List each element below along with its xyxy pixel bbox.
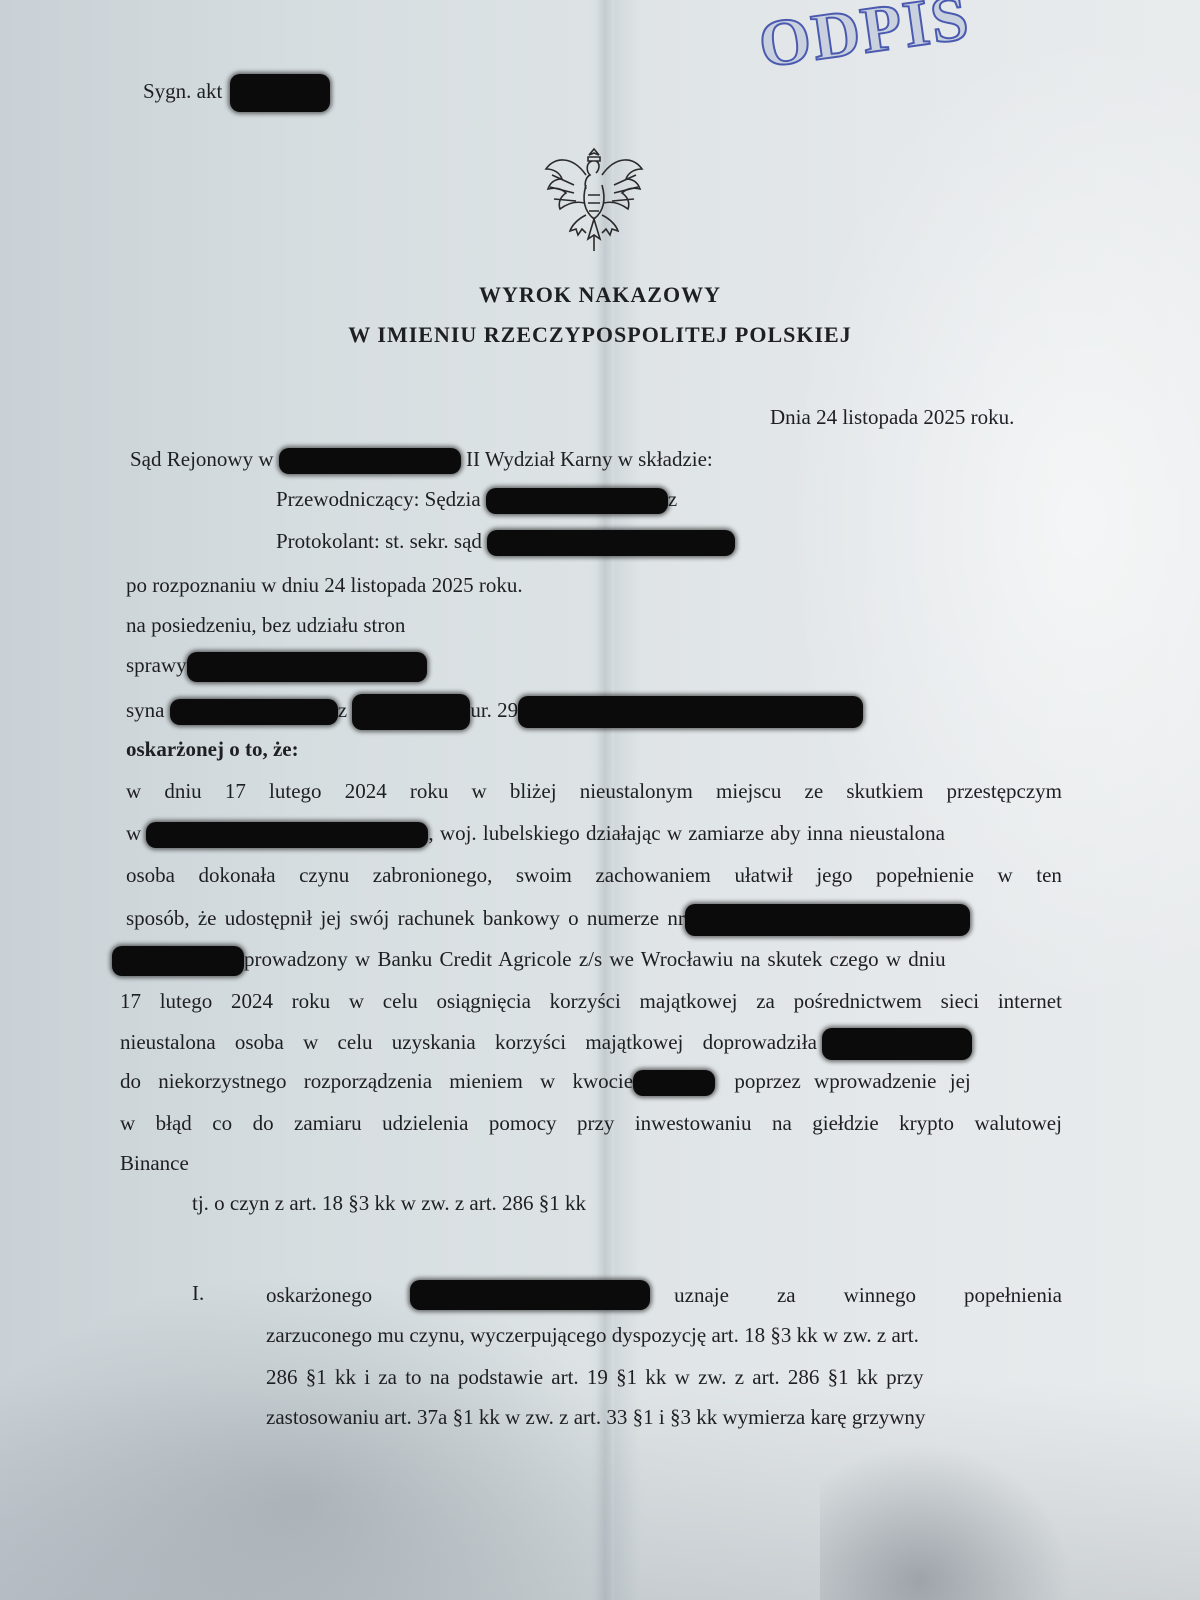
word: zabronionego, bbox=[373, 862, 493, 888]
word: w bbox=[472, 778, 487, 804]
word: ten bbox=[1036, 862, 1062, 888]
redaction bbox=[170, 699, 338, 725]
charge-line: wdniu17lutego2024rokuwbliżejnieustalonym… bbox=[126, 778, 1062, 804]
text: nieustalona osoba w celu uzyskania korzy… bbox=[120, 1030, 817, 1054]
clerk-label: Protokolant: st. sekr. sąd bbox=[276, 529, 482, 553]
charge-line: 17lutego2024rokuwceluosiągnięciakorzyści… bbox=[120, 988, 1062, 1014]
word: udzielenia bbox=[382, 1110, 468, 1136]
word: do bbox=[253, 1110, 274, 1136]
redaction bbox=[685, 904, 970, 936]
charge-qualification: tj. o czyn z art. 18 §3 kk w zw. z art. … bbox=[192, 1190, 586, 1216]
text: sposób, że udostępnił jej swój rachunek … bbox=[126, 906, 685, 930]
redaction bbox=[112, 946, 244, 976]
case-of-label: sprawy bbox=[126, 653, 187, 677]
text: uznajezawinnegopopełnienia bbox=[674, 1282, 1062, 1308]
odpis-stamp: ODPIS bbox=[754, 0, 974, 84]
word: 2024 bbox=[231, 988, 273, 1014]
word: winnego bbox=[844, 1282, 916, 1308]
redaction bbox=[822, 1028, 972, 1060]
word: majątkowej bbox=[640, 988, 738, 1014]
charge-line: nieustalona osoba w celu uzyskania korzy… bbox=[120, 1028, 972, 1060]
text: prowadzony w Banku Credit Agricole z/s w… bbox=[244, 947, 946, 971]
word: celu bbox=[383, 988, 418, 1014]
word: bliżej bbox=[510, 778, 557, 804]
word: pośrednictwem bbox=[794, 988, 922, 1014]
word: ułatwił bbox=[734, 862, 792, 888]
case-number: Sygn. akt bbox=[143, 74, 330, 112]
redaction bbox=[518, 696, 863, 728]
verdict-line: zastosowaniu art. 37a §1 kk w zw. z art.… bbox=[266, 1404, 925, 1430]
son-of-label: syna bbox=[126, 698, 165, 722]
redaction bbox=[352, 694, 470, 730]
court-line: Sąd Rejonowy w II Wydział Karny w składz… bbox=[130, 446, 713, 474]
redaction bbox=[187, 652, 427, 682]
word: inwestowaniu bbox=[635, 1110, 752, 1136]
word: 2024 bbox=[345, 778, 387, 804]
word: dniu bbox=[164, 778, 201, 804]
defendant-details: syna z ur. 29 bbox=[126, 694, 863, 730]
from-label: z bbox=[338, 698, 347, 722]
word: korzyści bbox=[550, 988, 621, 1014]
word: nieustalonym bbox=[580, 778, 693, 804]
charge-line: osobadokonałaczynuzabronionego,swoimzach… bbox=[126, 862, 1062, 888]
word: błąd bbox=[156, 1110, 192, 1136]
word: roku bbox=[292, 988, 331, 1014]
word: lutego bbox=[160, 988, 213, 1014]
word: zachowaniem bbox=[595, 862, 710, 888]
word: popełnienia bbox=[964, 1282, 1062, 1308]
charge-line: wbłądcodozamiaruudzieleniapomocyprzyinwe… bbox=[120, 1110, 1062, 1136]
chair-suffix: z bbox=[668, 487, 677, 511]
text: poprzez wprowadzenie jej bbox=[734, 1069, 970, 1093]
word: zamiaru bbox=[294, 1110, 362, 1136]
redaction bbox=[633, 1070, 715, 1096]
document-title: WYROK NAKAZOWY bbox=[0, 282, 1200, 308]
redaction bbox=[230, 74, 330, 112]
redaction bbox=[487, 530, 735, 556]
text: , woj. lubelskiego działając w zamiarze … bbox=[428, 821, 944, 845]
charge-line: sposób, że udostępnił jej swój rachunek … bbox=[126, 904, 970, 936]
word: miejscu bbox=[716, 778, 781, 804]
word: dokonała bbox=[199, 862, 276, 888]
text: oskarżonego bbox=[266, 1282, 372, 1308]
polish-eagle-emblem bbox=[542, 145, 646, 260]
court-label: Sąd Rejonowy w bbox=[130, 447, 274, 471]
clerk-line: Protokolant: st. sekr. sąd bbox=[276, 528, 735, 556]
word: co bbox=[212, 1110, 232, 1136]
redaction bbox=[279, 448, 461, 474]
chair-line: Przewodniczący: Sędzia z bbox=[276, 486, 677, 514]
word: za bbox=[756, 988, 775, 1014]
charge-line: prowadzony w Banku Credit Agricole z/s w… bbox=[112, 946, 946, 976]
hearing-date: po rozpoznaniu w dniu 24 listopada 2025 … bbox=[126, 572, 523, 598]
word: 17 bbox=[225, 778, 246, 804]
word: w bbox=[120, 1110, 135, 1136]
word: giełdzie bbox=[812, 1110, 878, 1136]
word: roku bbox=[410, 778, 449, 804]
word: osiągnięcia bbox=[436, 988, 530, 1014]
word: skutkiem bbox=[846, 778, 923, 804]
word: 17 bbox=[120, 988, 141, 1014]
charge-line: do niekorzystnego rozporządzenia mieniem… bbox=[120, 1068, 1062, 1096]
document-subtitle: W IMIENIU RZECZYPOSPOLITEJ POLSKIEJ bbox=[0, 322, 1200, 348]
chair-label: Przewodniczący: Sędzia bbox=[276, 487, 481, 511]
word: jego bbox=[816, 862, 852, 888]
word: pomocy bbox=[489, 1110, 557, 1136]
court-division: II Wydział Karny w składzie: bbox=[466, 447, 713, 471]
word: sieci bbox=[941, 988, 979, 1014]
word: lutego bbox=[269, 778, 322, 804]
text: w bbox=[126, 821, 141, 845]
word: w bbox=[998, 862, 1013, 888]
born-label: ur. 29 bbox=[470, 698, 518, 722]
word: osoba bbox=[126, 862, 175, 888]
word: ze bbox=[805, 778, 824, 804]
case-of-line: sprawy bbox=[126, 652, 427, 682]
verdict-line: oskarżonego uznajezawinnegopopełnienia bbox=[266, 1280, 1062, 1310]
word: na bbox=[772, 1110, 792, 1136]
redaction bbox=[410, 1280, 650, 1310]
word: w bbox=[126, 778, 141, 804]
session-info: na posiedzeniu, bez udziału stron bbox=[126, 612, 405, 638]
word: walutowej bbox=[974, 1110, 1061, 1136]
verdict-numeral: I. bbox=[192, 1280, 204, 1306]
verdict-line: 286 §1 kk i za to na podstawie art. 19 §… bbox=[266, 1364, 924, 1390]
word: czynu bbox=[299, 862, 349, 888]
text: do niekorzystnego rozporządzenia mieniem… bbox=[120, 1069, 633, 1093]
document-date: Dnia 24 listopada 2025 roku. bbox=[770, 404, 1014, 430]
word: przestępczym bbox=[947, 778, 1062, 804]
word: krypto bbox=[899, 1110, 954, 1136]
case-number-label: Sygn. akt bbox=[143, 79, 222, 103]
redaction bbox=[486, 488, 668, 514]
charge-heading: oskarżonej o to, że: bbox=[126, 736, 299, 762]
word: uznaje bbox=[674, 1282, 729, 1308]
word: przy bbox=[577, 1110, 614, 1136]
word: internet bbox=[998, 988, 1062, 1014]
charge-line: w , woj. lubelskiego działając w zamiarz… bbox=[126, 820, 945, 848]
redaction bbox=[146, 822, 428, 848]
word: swoim bbox=[516, 862, 572, 888]
word: za bbox=[777, 1282, 796, 1308]
word: popełnienie bbox=[876, 862, 974, 888]
word: w bbox=[349, 988, 364, 1014]
verdict-line: zarzuconego mu czynu, wyczerpującego dys… bbox=[266, 1322, 919, 1348]
charge-line: Binance bbox=[120, 1150, 189, 1176]
